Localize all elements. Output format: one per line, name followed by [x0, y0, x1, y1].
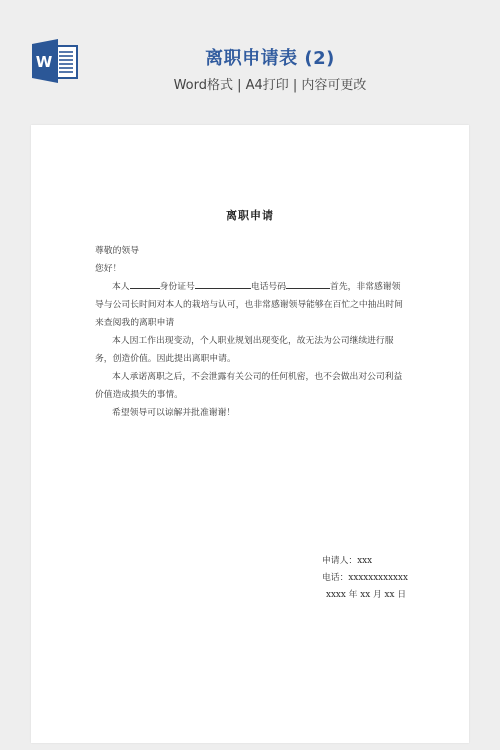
name-blank: [130, 278, 160, 289]
greeting: 您好！: [95, 260, 405, 278]
id-number-blank: [195, 278, 251, 289]
word-icon: W: [31, 39, 79, 83]
paragraph-2: 本人因工作出现变动，个人职业规划出现变化，故无法为公司继续进行服务，创造价值。因…: [95, 332, 405, 368]
para1-text-2: 身份证号: [160, 282, 195, 292]
date-line: xxxx 年 xx 月 xx 日: [322, 587, 408, 604]
applicant-line: 申请人：xxx: [322, 553, 408, 570]
salutation: 尊敬的领导: [95, 242, 405, 260]
document-title: 离职申请: [31, 207, 469, 223]
paragraph-1: 本人身份证号电话号码首先，非常感谢领导与公司长时间对本人的栽培与认可，也非常感谢…: [95, 278, 405, 332]
para1-text-1: 本人: [112, 282, 130, 292]
signature-block: 申请人：xxx 电话：xxxxxxxxxxxx xxxx 年 xx 月 xx 日: [322, 553, 408, 604]
paragraph-4: 希望领导可以谅解并批准谢谢！: [95, 404, 405, 422]
page-title: 离职申请表 (2): [170, 44, 370, 70]
paragraph-3: 本人承诺离职之后，不会泄露有关公司的任何机密，也不会做出对公司利益价值造成损失的…: [95, 368, 405, 404]
phone-line: 电话：xxxxxxxxxxxx: [322, 570, 408, 587]
document-page: 离职申请 尊敬的领导 您好！ 本人身份证号电话号码首先，非常感谢领导与公司长时间…: [31, 125, 469, 743]
para1-text-3: 电话号码: [251, 282, 286, 292]
page-subtitle: Word格式 | A4打印 | 内容可更改: [150, 74, 390, 93]
phone-blank: [286, 278, 330, 289]
svg-text:W: W: [36, 53, 53, 71]
document-body: 尊敬的领导 您好！ 本人身份证号电话号码首先，非常感谢领导与公司长时间对本人的栽…: [95, 242, 405, 422]
